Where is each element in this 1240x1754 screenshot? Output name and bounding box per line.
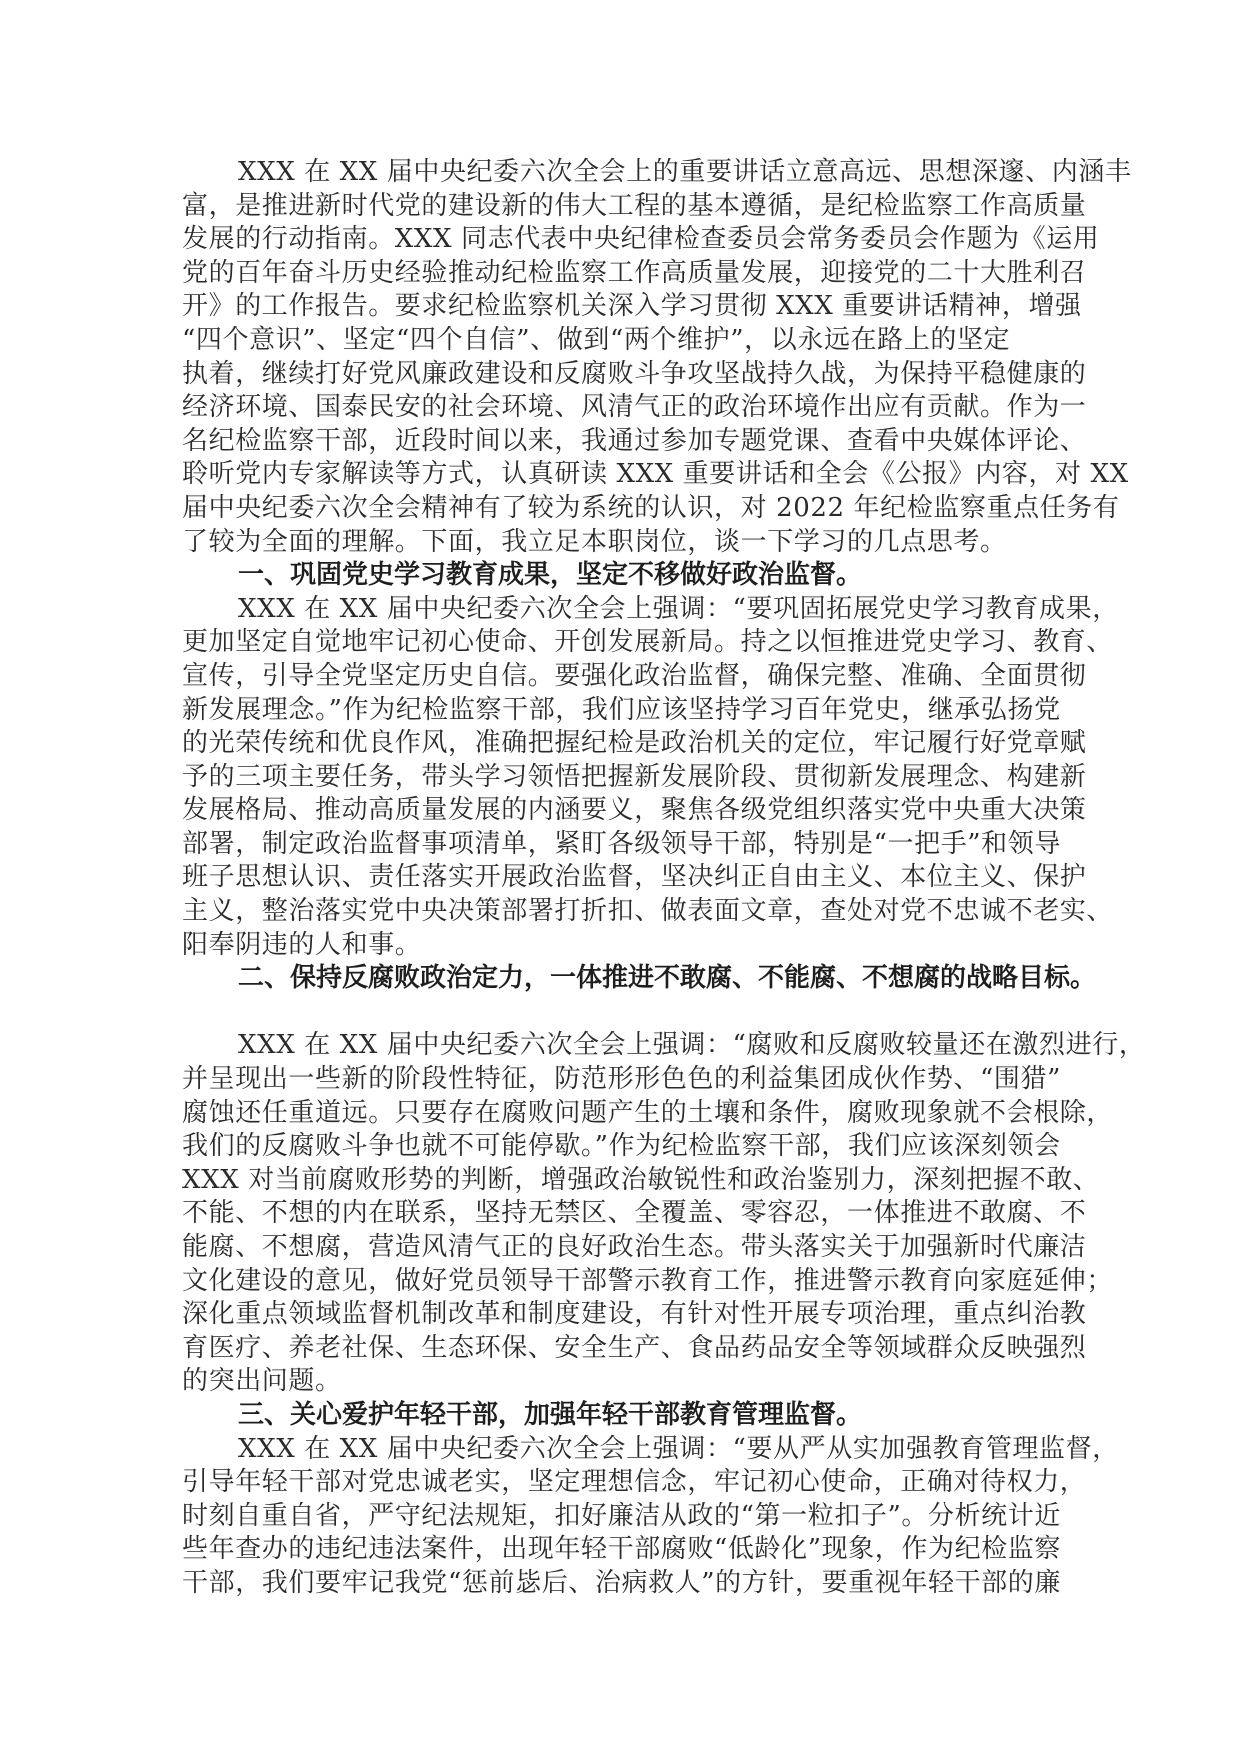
text-line: 部署，制定政治监督事项清单，紧盯各级领导干部，特别是“一把手”和领导 xyxy=(182,828,1062,862)
text-line: 予的三项主要任务，带头学习领悟把握新发展阶段、贯彻新发展理念、构建新 xyxy=(182,761,1062,795)
text-line: 经济环境、国泰民安的社会环境、风清气正的政治环境作出应有贡献。作为一 xyxy=(182,391,1062,425)
text-line: 些年查办的违纪违法案件，出现年轻干部腐败“低龄化”现象，作为纪检监察 xyxy=(182,1533,1062,1567)
document-page: XXX 在 XX 届中央纪委六次全会上的重要讲话立意高远、思想深邃、内涵丰 富，… xyxy=(0,0,1240,1754)
heading-text: 一、巩固党史学习教育成果，坚定不移做好政治监督。 xyxy=(182,559,1062,593)
section-heading-3: 三、关心爱护年轻干部，加强年轻干部教育管理监督。 xyxy=(182,1399,1062,1433)
text-line: 的突出问题。 xyxy=(182,1365,1062,1399)
text-line: 不能、不想的内在联系，坚持无禁区、全覆盖、零容忍，一体推进不敢腐、不 xyxy=(182,1197,1062,1231)
text-line: XXX 对当前腐败形势的判断，增强政治敏锐性和政治鉴别力，深刻把握不敢、 xyxy=(182,1164,1062,1198)
text-line: 文化建设的意见，做好党员领导干部警示教育工作，推进警示教育向家庭延伸； xyxy=(182,1265,1062,1299)
text-line: 党的百年奋斗历史经验推动纪检监察工作高质量发展，迎接党的二十大胜利召 xyxy=(182,257,1062,291)
text-line: 能腐、不想腐，营造风清气正的良好政治生态。带头落实关于加强新时代廉洁 xyxy=(182,1231,1062,1265)
text-line: 的光荣传统和优良作风，准确把握纪检是政治机关的定位，牢记履行好党章赋 xyxy=(182,727,1062,761)
document-body: XXX 在 XX 届中央纪委六次全会上的重要讲话立意高远、思想深邃、内涵丰 富，… xyxy=(182,156,1062,1601)
text-line: 育医疗、养老社保、生态环保、安全生产、食品药品安全等领域群众反映强烈 xyxy=(182,1332,1062,1366)
text-line: 新发展理念。”作为纪检监察干部，我们应该坚持学习百年党史，继承弘扬党 xyxy=(182,694,1062,728)
text-line: 引导年轻干部对党忠诚老实，坚定理想信念，牢记初心使命，正确对待权力， xyxy=(182,1466,1062,1500)
text-line: 开》的工作报告。要求纪检监察机关深入学习贯彻 XXX 重要讲话精神，增强 xyxy=(182,290,1062,324)
text-line: 发展的行动指南。XXX 同志代表中央纪律检查委员会常务委员会作题为《运用 xyxy=(182,223,1062,257)
intro-paragraph: XXX 在 XX 届中央纪委六次全会上的重要讲话立意高远、思想深邃、内涵丰 富，… xyxy=(182,156,1062,559)
text-line: 名纪检监察干部，近段时间以来，我通过参加专题党课、查看中央媒体评论、 xyxy=(182,425,1062,459)
text-line: 并呈现出一些新的阶段性特征，防范形形色色的利益集团成伙作势、“围猎” xyxy=(182,1063,1062,1097)
text-line: 执着，继续打好党风廉政建设和反腐败斗争攻坚战持久战，为保持平稳健康的 xyxy=(182,358,1062,392)
text-line: 干部，我们要牢记我党“惩前毖后、治病救人”的方针，要重视年轻干部的廉 xyxy=(182,1567,1062,1601)
section-1-paragraph: XXX 在 XX 届中央纪委六次全会上强调：“要巩固拓展党史学习教育成果， 更加… xyxy=(182,593,1062,963)
text-line: 班子思想认识、责任落实开展政治监督，坚决纠正自由主义、本位主义、保护 xyxy=(182,861,1062,895)
text-line: XXX 在 XX 届中央纪委六次全会上的重要讲话立意高远、思想深邃、内涵丰 xyxy=(182,156,1062,190)
text-line: 聆听党内专家解读等方式，认真研读 XXX 重要讲话和全会《公报》内容，对 XX xyxy=(182,458,1062,492)
text-line: 时刻自重自省，严守纪法规矩，扣好廉洁从政的“第一粒扣子”。分析统计近 xyxy=(182,1500,1062,1534)
section-2-paragraph: XXX 在 XX 届中央纪委六次全会上强调：“腐败和反腐败较量还在激烈进行， 并… xyxy=(182,1029,1062,1399)
text-line: XXX 在 XX 届中央纪委六次全会上强调：“腐败和反腐败较量还在激烈进行， xyxy=(182,1029,1062,1063)
blank-line xyxy=(182,996,1062,1030)
section-heading-1: 一、巩固党史学习教育成果，坚定不移做好政治监督。 xyxy=(182,559,1062,593)
heading-text: 二、保持反腐败政治定力，一体推进不敢腐、不能腐、不想腐的战略目标。 xyxy=(182,962,1062,996)
text-line: 富，是推进新时代党的建设新的伟大工程的基本遵循，是纪检监察工作高质量 xyxy=(182,190,1062,224)
text-line: 主义，整治落实党中央决策部署打折扣、做表面文章，查处对党不忠诚不老实、 xyxy=(182,895,1062,929)
text-line: 发展格局、推动高质量发展的内涵要义，聚焦各级党组织落实党中央重大决策 xyxy=(182,794,1062,828)
text-line: 腐蚀还任重道远。只要存在腐败问题产生的土壤和条件，腐败现象就不会根除， xyxy=(182,1097,1062,1131)
text-line: XXX 在 XX 届中央纪委六次全会上强调：“要巩固拓展党史学习教育成果， xyxy=(182,593,1062,627)
text-line: 阳奉阴违的人和事。 xyxy=(182,929,1062,963)
text-line: “四个意识”、坚定“四个自信”、做到“两个维护”，以永远在路上的坚定 xyxy=(182,324,1062,358)
text-line: 宣传，引导全党坚定历史自信。要强化政治监督，确保完整、准确、全面贯彻 xyxy=(182,660,1062,694)
text-line: XXX 在 XX 届中央纪委六次全会上强调：“要从严从实加强教育管理监督， xyxy=(182,1433,1062,1467)
text-line: 我们的反腐败斗争也就不可能停歇。”作为纪检监察干部，我们应该深刻领会 xyxy=(182,1130,1062,1164)
text-line: 届中央纪委六次全会精神有了较为系统的认识，对 2022 年纪检监察重点任务有 xyxy=(182,492,1062,526)
text-line: 深化重点领域监督机制改革和制度建设，有针对性开展专项治理，重点纠治教 xyxy=(182,1298,1062,1332)
heading-text: 三、关心爱护年轻干部，加强年轻干部教育管理监督。 xyxy=(182,1399,1062,1433)
section-3-paragraph: XXX 在 XX 届中央纪委六次全会上强调：“要从严从实加强教育管理监督， 引导… xyxy=(182,1433,1062,1601)
section-heading-2: 二、保持反腐败政治定力，一体推进不敢腐、不能腐、不想腐的战略目标。 xyxy=(182,962,1062,996)
text-line: 更加坚定自觉地牢记初心使命、开创发展新局。持之以恒推进党史学习、教育、 xyxy=(182,626,1062,660)
text-line: 了较为全面的理解。下面，我立足本职岗位，谈一下学习的几点思考。 xyxy=(182,526,1062,560)
